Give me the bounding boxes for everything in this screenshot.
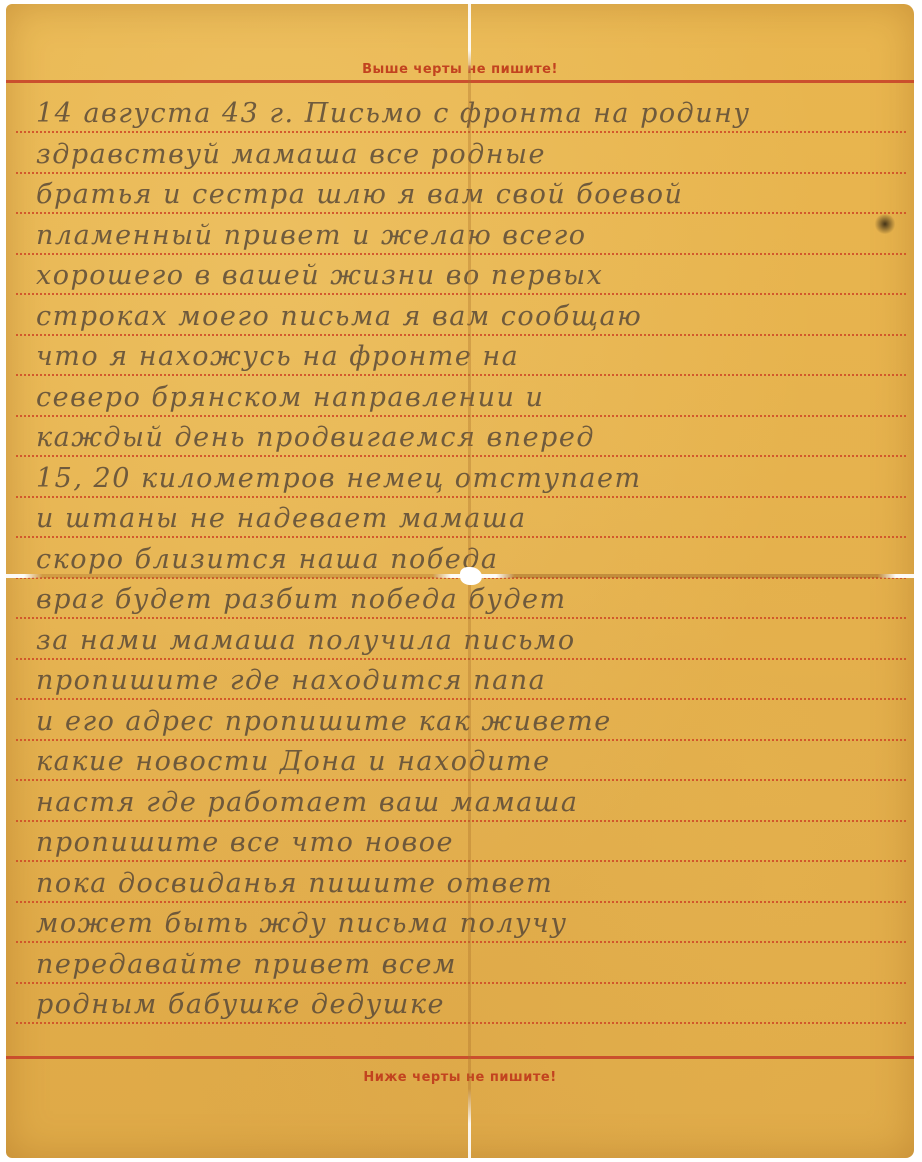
- handwritten-line: какие новости Дона и находите: [36, 746, 906, 777]
- ruled-line: [16, 658, 906, 660]
- ruled-line: [16, 334, 906, 336]
- ruled-line: [16, 374, 906, 376]
- handwritten-line: каждый день продвигаемся вперед: [36, 422, 906, 453]
- handwritten-line: может быть жду письма получу: [36, 908, 906, 939]
- ruled-line: [16, 536, 906, 538]
- printed-header: Выше черты не пишите!: [6, 62, 914, 77]
- ruled-line: [16, 617, 906, 619]
- ruled-line: [16, 901, 906, 903]
- ruled-line: [16, 415, 906, 417]
- ruled-line: [16, 455, 906, 457]
- handwritten-line: пропишите все что новое: [36, 827, 906, 858]
- handwritten-line: северо брянском направлении и: [36, 382, 906, 413]
- ruled-line: [16, 698, 906, 700]
- handwritten-line: хорошего в вашей жизни во первых: [36, 260, 906, 291]
- handwritten-line: настя где работает ваш мамаша: [36, 787, 906, 818]
- handwritten-line: что я нахожусь на фронте на: [36, 341, 906, 372]
- ink-stain: [874, 214, 896, 234]
- ruled-line: [16, 253, 906, 255]
- fold-tear-hole: [460, 567, 482, 585]
- ruled-line: [16, 131, 906, 133]
- handwritten-line: строках моего письма я вам сообщаю: [36, 301, 906, 332]
- printed-footer: Ниже черты не пишите!: [6, 1070, 914, 1085]
- handwritten-line: пламенный привет и желаю всего: [36, 220, 906, 251]
- handwritten-line: пропишите где находится папа: [36, 665, 906, 696]
- handwritten-line: братья и сестра шлю я вам свой боевой: [36, 179, 906, 210]
- header-rule: [6, 80, 914, 83]
- handwritten-line: передавайте привет всем: [36, 949, 906, 980]
- ruled-line: [16, 1022, 906, 1024]
- handwritten-line: враг будет разбит победа будет: [36, 584, 906, 615]
- handwritten-line: 15, 20 километров немец отступает: [36, 463, 906, 494]
- ruled-line: [16, 293, 906, 295]
- handwritten-line: и его адрес пропишите как живете: [36, 706, 906, 737]
- ruled-line: [16, 941, 906, 943]
- ruled-line: [16, 172, 906, 174]
- handwritten-line: за нами мамаша получила письмо: [36, 625, 906, 656]
- ruled-line: [16, 982, 906, 984]
- ruled-line: [16, 820, 906, 822]
- handwritten-line: родным бабушке дедушке: [36, 989, 906, 1020]
- ruled-line: [16, 739, 906, 741]
- footer-rule: [6, 1056, 914, 1059]
- ruled-line: [16, 212, 906, 214]
- handwritten-line: здравствуй мамаша все родные: [36, 139, 906, 170]
- ruled-line: [16, 860, 906, 862]
- letter-sheet: Выше черты не пишите! 14 августа 43 г. П…: [6, 4, 914, 1158]
- handwritten-line: пока досвиданья пишите ответ: [36, 868, 906, 899]
- ruled-line: [16, 496, 906, 498]
- ruled-line: [16, 779, 906, 781]
- handwritten-line: и штаны не надевает мамаша: [36, 503, 906, 534]
- handwritten-line: 14 августа 43 г. Письмо с фронта на роди…: [36, 98, 906, 129]
